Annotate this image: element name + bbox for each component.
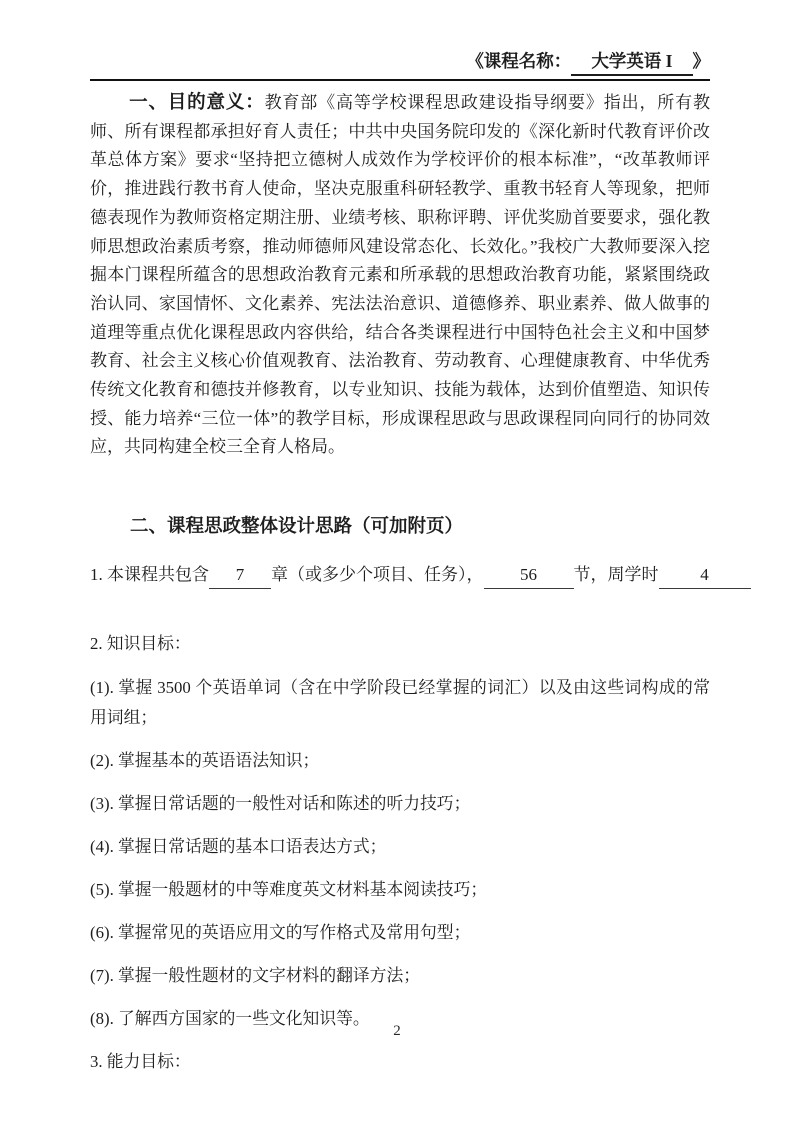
knowledge-objective-item-5: (5). 掌握一般题材的中等难度英文材料基本阅读技巧； <box>90 875 710 905</box>
document-page: 《课程名称：大学英语 I》 一、目的意义：教育部《高等学校课程思政建设指导纲要》… <box>0 0 794 1123</box>
course-structure-text-3: 节，周学时 <box>574 565 659 584</box>
course-name-prefix: 《课程名称： <box>466 51 571 71</box>
purpose-heading: 一、目的意义： <box>129 93 264 113</box>
chapter-count-blank: 7 <box>209 562 271 589</box>
knowledge-objective-item-2: (2). 掌握基本的英语语法知识； <box>90 746 710 776</box>
course-structure-text-2: 章（或多少个项目、任务）， <box>271 565 484 584</box>
header-rule <box>90 79 710 81</box>
knowledge-objective-item-6: (6). 掌握常见的英语应用文的写作格式及常用句型； <box>90 918 710 948</box>
knowledge-objective-item-1: (1). 掌握 3500 个英语单词（含在中学阶段已经掌握的词汇）以及由这些词构… <box>90 673 710 733</box>
section-count-blank: 56 <box>484 562 574 589</box>
ability-objectives-label: 3. 能力目标： <box>90 1047 710 1077</box>
knowledge-objective-item-4: (4). 掌握日常话题的基本口语表达方式； <box>90 832 710 862</box>
document-header: 《课程名称：大学英语 I》 <box>90 50 710 76</box>
knowledge-objectives-label: 2. 知识目标： <box>90 629 710 659</box>
course-name-value: 大学英语 I <box>571 50 692 76</box>
course-name-suffix: 》 <box>693 51 711 71</box>
knowledge-objective-item-7: (7). 掌握一般性题材的文字材料的翻译方法； <box>90 961 710 991</box>
course-structure-text-1: 1. 本课程共包含 <box>90 565 209 584</box>
purpose-body: 教育部《高等学校课程思政建设指导纲要》指出，所有教师、所有课程都承担好育人责任；… <box>90 93 710 456</box>
knowledge-objective-item-3: (3). 掌握日常话题的一般性对话和陈述的听力技巧； <box>90 789 710 819</box>
section2-heading: 二、课程思政整体设计思路（可加附页） <box>90 514 710 541</box>
page-number: 2 <box>0 1023 794 1040</box>
weekly-hours-blank: 4 <box>659 562 751 589</box>
course-structure-line: 1. 本课程共包含7章（或多少个项目、任务），56节，周学时4 <box>90 561 710 589</box>
purpose-paragraph: 一、目的意义：教育部《高等学校课程思政建设指导纲要》指出，所有教师、所有课程都承… <box>90 89 710 462</box>
